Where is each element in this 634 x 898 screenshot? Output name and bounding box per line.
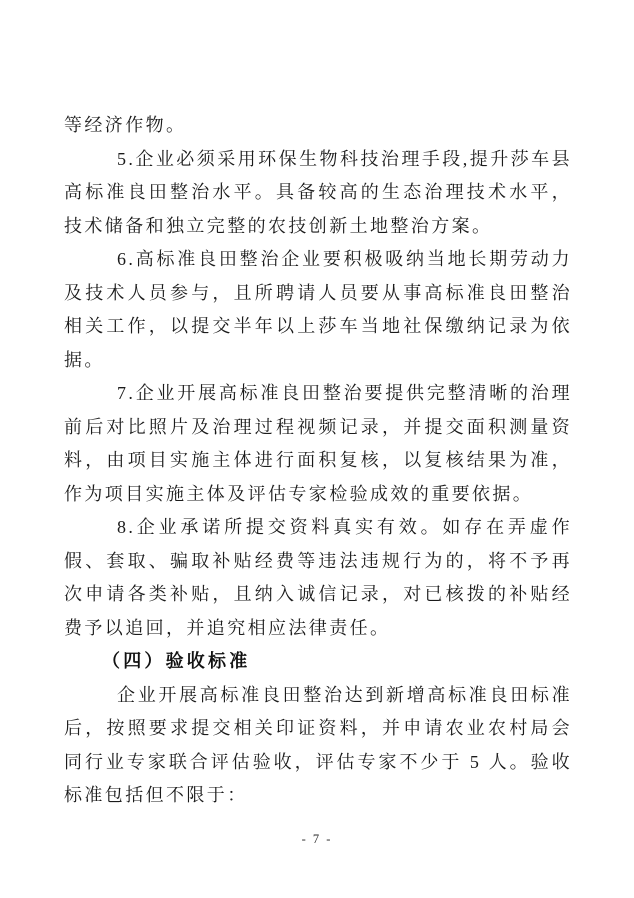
page-text-block: 等经济作物。 5.企业必须采用环保生物科技治理手段,提升莎车县高标准良田整治水平… — [64, 109, 572, 813]
paragraph-item-8: 8.企业承诺所提交资料真实有效。如存在弄虚作假、套取、骗取补贴经费等违法违规行为… — [64, 511, 572, 645]
paragraph-acceptance-intro: 企业开展高标准良田整治达到新增高标准良田标准后，按照要求提交相关印证资料，并申请… — [64, 679, 572, 813]
page-number: - 7 - — [302, 832, 333, 846]
page-footer: - 7 - — [0, 830, 634, 848]
section-heading-acceptance-criteria: （四）验收标准 — [64, 645, 572, 679]
paragraph-item-6: 6.高标准良田整治企业要积极吸纳当地长期劳动力及技术人员参与，且所聘请人员要从事… — [64, 243, 572, 377]
document-page: 等经济作物。 5.企业必须采用环保生物科技治理手段,提升莎车县高标准良田整治水平… — [0, 0, 634, 898]
paragraph-item-5: 5.企业必须采用环保生物科技治理手段,提升莎车县高标准良田整治水平。具备较高的生… — [64, 143, 572, 244]
paragraph-item-7: 7.企业开展高标准良田整治要提供完整清晰的治理前后对比照片及治理过程视频记录，并… — [64, 377, 572, 511]
paragraph-continuation: 等经济作物。 — [64, 109, 572, 143]
